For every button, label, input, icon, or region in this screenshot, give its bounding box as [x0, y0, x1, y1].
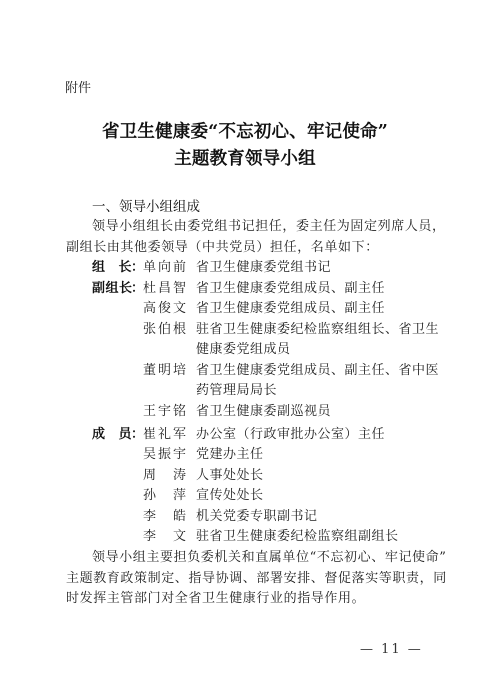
member-name: 李 文: [143, 525, 188, 544]
deputy-role: 驻省卫生健康委纪检监察组组长、省卫生: [196, 318, 439, 337]
deputy-name: 杜昌智: [143, 277, 188, 296]
member-role: 驻省卫生健康委纪检监察组副组长: [196, 525, 399, 544]
deputy-role: 省卫生健康委党组成员、副主任: [196, 277, 385, 296]
deputy-role: 省卫生健康委党组成员、副主任: [196, 297, 385, 316]
deputy-role: 省卫生健康委党组成员、副主任、省中医: [196, 359, 439, 378]
deputies-label: 副组长: [92, 277, 133, 296]
member-name: 吴振宇: [143, 443, 188, 462]
deputy-role-line-2: 药管理局局长: [196, 379, 277, 398]
member-role: 宣传处处长: [196, 484, 264, 503]
deputy-name: 高俊文: [143, 297, 188, 316]
leader-role: 省卫生健康委党组书记: [196, 256, 331, 275]
leader-label: 组长: [92, 256, 132, 275]
member-name: 周 涛: [143, 464, 188, 483]
deputy-name: 董明培: [143, 359, 188, 378]
leader-label-part-2: 长: [119, 260, 133, 275]
members-label: 成员: [92, 423, 132, 442]
section-heading: 一、领导小组组成: [92, 195, 200, 215]
duty-paragraph-line-3: 时发挥主管部门对全省卫生健康行业的指导作用。: [66, 587, 365, 606]
member-name: 李 皓: [143, 505, 188, 524]
member-name: 孙 萍: [143, 484, 188, 503]
intro-paragraph-line-2: 副组长由其他委领导（中共党员）担任，名单如下：: [66, 236, 379, 255]
leader-label-part-1: 组: [92, 260, 106, 275]
leader-name: 单向前: [143, 256, 188, 275]
member-role: 人事处处长: [196, 464, 264, 483]
member-role: 机关党委专职副书记: [196, 505, 318, 524]
deputy-name: 张伯根: [143, 318, 188, 337]
page-number: — 11 —: [360, 642, 423, 657]
member-role: 办公室（行政审批办公室）主任: [196, 423, 385, 442]
document-title-line-1: 省卫生健康委“不忘初心、牢记使命”: [0, 118, 490, 143]
duty-paragraph-line-1: 领导小组主要担负委机关和直属单位“不忘初心、牢记使命”: [92, 546, 447, 565]
deputy-role-line-2: 健康委党组成员: [196, 338, 291, 357]
intro-paragraph-line-1: 领导小组组长由委党组书记担任，委主任为固定列席人员，: [92, 215, 446, 234]
member-role: 党建办主任: [196, 443, 264, 462]
document-title-line-2: 主题教育领导小组: [0, 145, 490, 170]
members-label-part-1: 成: [92, 427, 106, 442]
attachment-label: 附件: [65, 77, 91, 96]
member-name: 崔礼军: [143, 423, 188, 442]
deputy-name: 王宇铭: [143, 400, 188, 419]
members-label-part-2: 员: [119, 427, 133, 442]
deputy-role: 省卫生健康委副巡视员: [196, 400, 331, 419]
duty-paragraph-line-2: 主题教育政策制定、指导协调、部署安排、督促落实等职责，同: [66, 567, 447, 586]
